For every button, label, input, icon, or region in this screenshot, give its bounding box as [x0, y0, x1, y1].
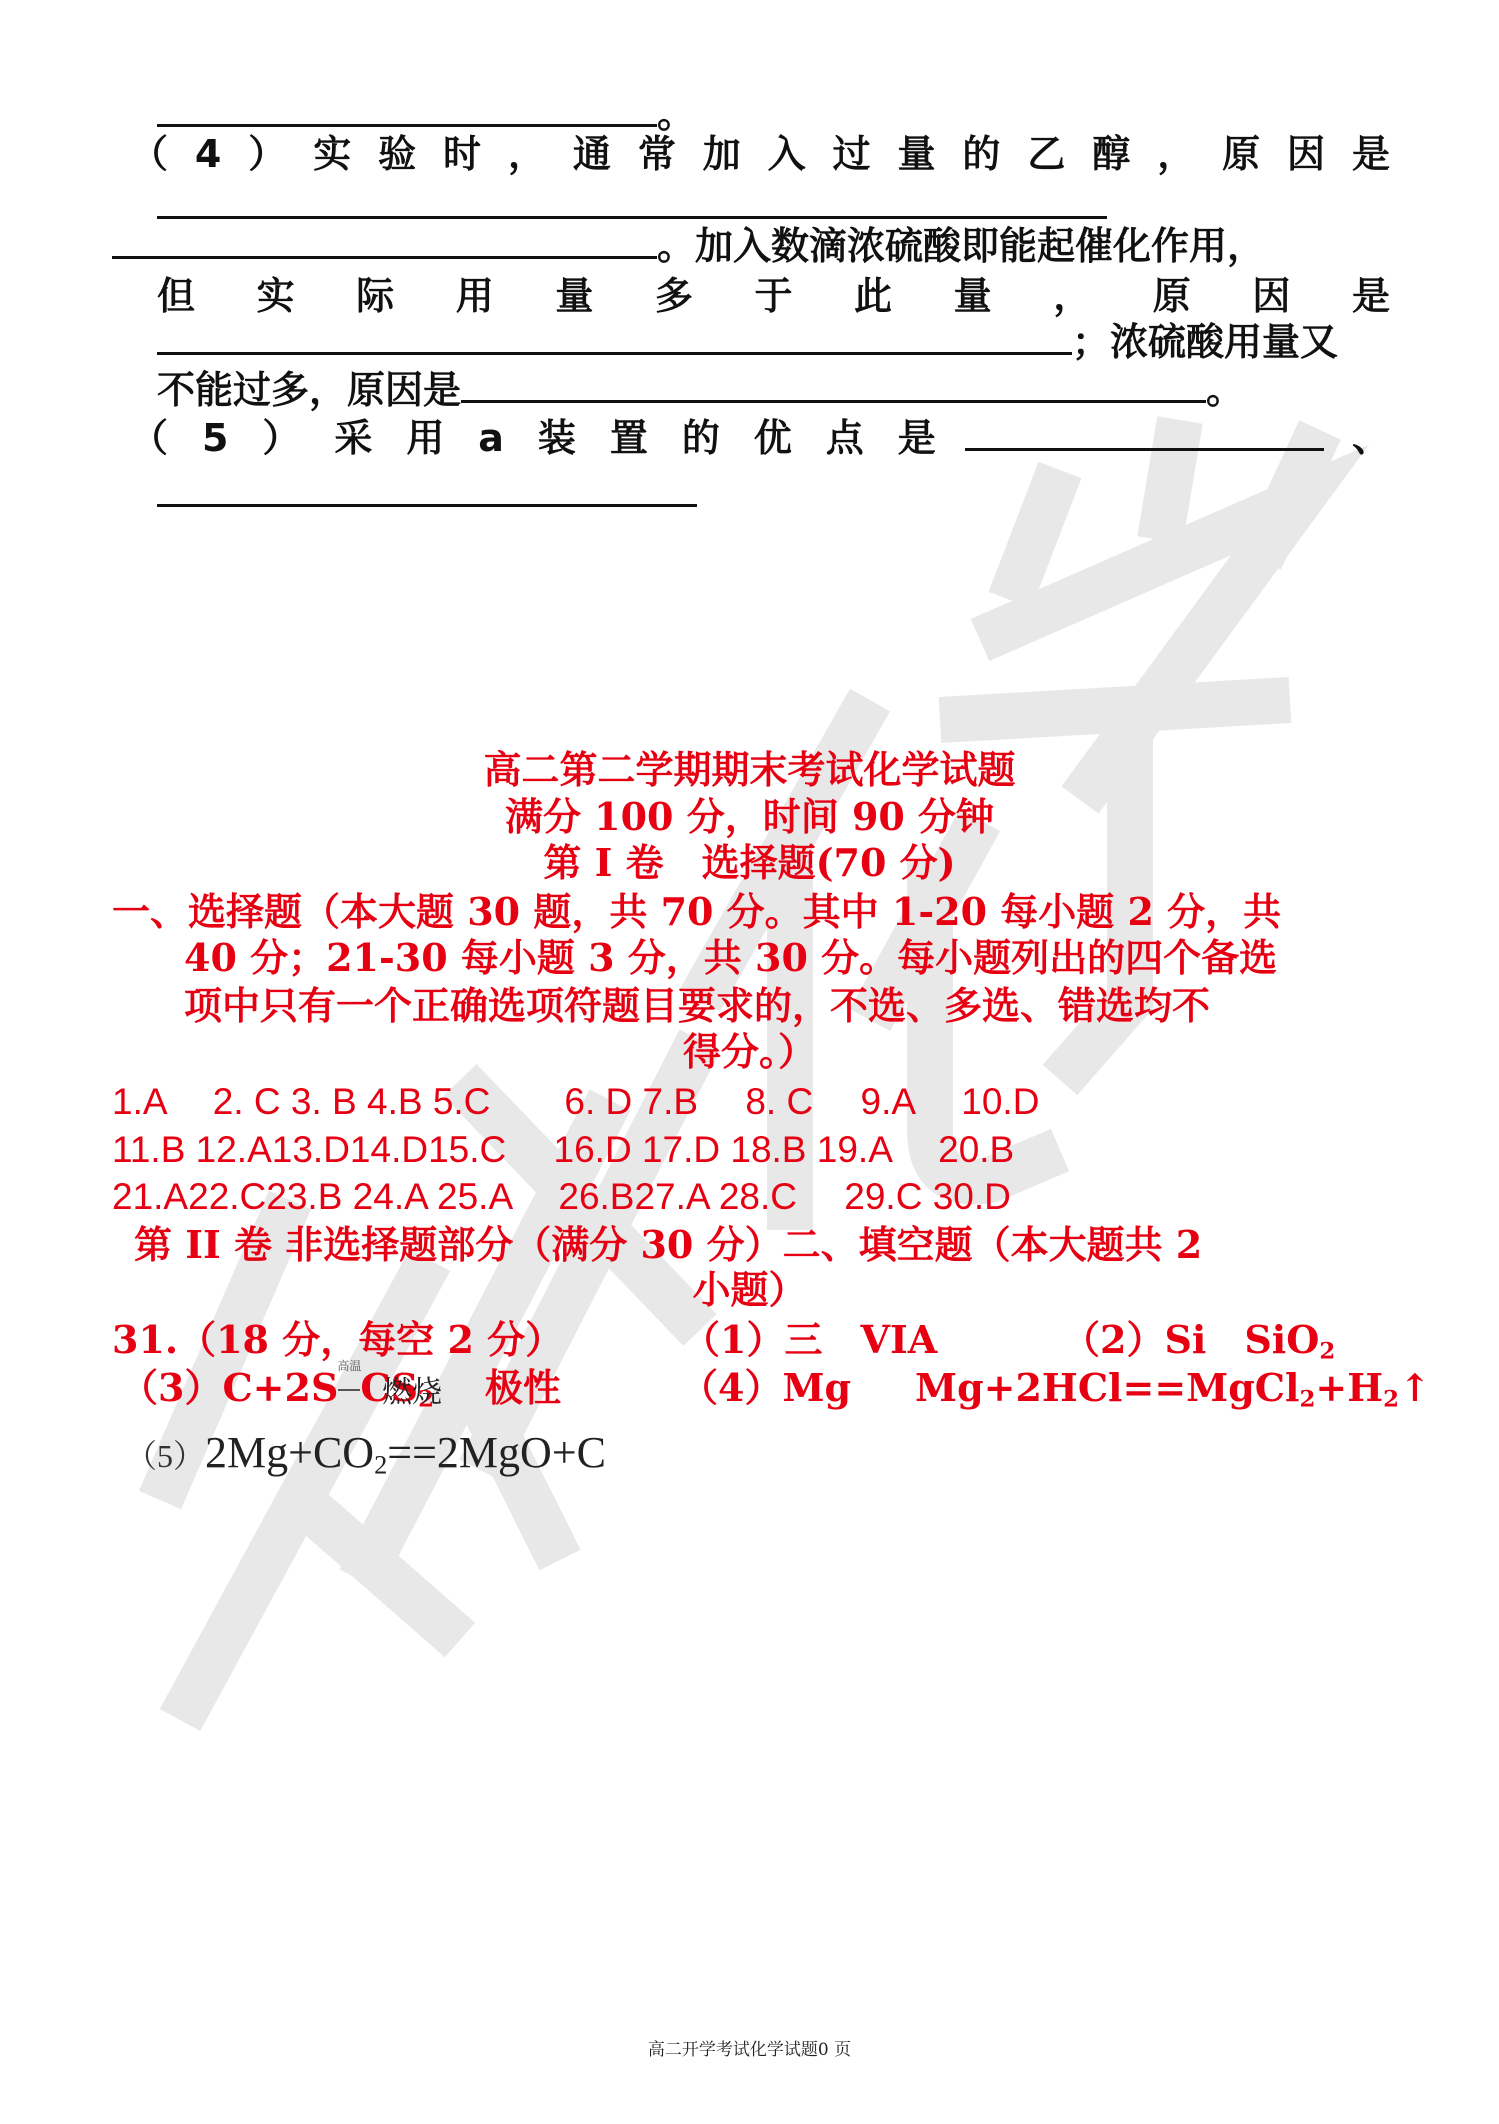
- q4-line3-char: 量: [555, 272, 593, 320]
- question-4-prompt: （ 4 ） 实 验 时 ， 通 常 加 入 过 量 的 乙 醇 ， 原 因 是: [130, 130, 1390, 178]
- fill-blank[interactable]: [157, 318, 1072, 355]
- q31-answer-5: （5）2Mg+CO2燃烧==2MgO+C: [125, 1425, 606, 1493]
- part2-heading-cont: 小题）: [0, 1266, 1499, 1314]
- q4-char: 时: [443, 130, 481, 178]
- page-footer: 高二开学考试化学试题0 页: [0, 2035, 1499, 2060]
- q4-char: 因: [1287, 130, 1325, 178]
- subscript: 2: [1319, 1339, 1335, 1365]
- gas-arrow-icon: ↑: [1399, 1365, 1431, 1410]
- mc-answers-row-2: 11.B 12.A13.D14.D15.C 16.D 17.D 18.B 19.…: [112, 1126, 1014, 1174]
- q4-line5-text: 不能过多，原因是: [157, 368, 461, 412]
- q5-char: 点: [826, 414, 864, 462]
- q5-char: 是: [898, 414, 936, 462]
- answer-key-title: 高二第二学期期末考试化学试题: [0, 746, 1499, 794]
- section1-instructions-line2: 40 分；21-30 每小题 3 分，共 30 分。每小题列出的四个备选: [184, 934, 1277, 982]
- q4-line3-char: 量: [954, 272, 992, 320]
- answer-blank-line: [157, 470, 697, 518]
- q4-line3-char: 是: [1352, 272, 1390, 320]
- q31-a3-reactants: （3）C+2S: [120, 1365, 338, 1410]
- q4-char: 4: [195, 130, 221, 178]
- q4-line4-text: ；浓硫酸用量又: [1072, 320, 1338, 364]
- q4-char: 加: [703, 130, 741, 178]
- q4-line2-text: 。加入数滴浓硫酸即能起催化作用，: [657, 224, 1265, 268]
- q4-line3-char: 用: [456, 272, 494, 320]
- q4-char: ，: [1157, 130, 1195, 178]
- separator-text: 、: [1352, 414, 1390, 462]
- mc-answers-row-3: 21.A22.C23.B 24.A 25.A 26.B27.A 28.C 29.…: [112, 1173, 1011, 1221]
- equals-sign: ==: [387, 1428, 437, 1477]
- subscript: 2: [1300, 1387, 1316, 1413]
- q4-line3-char: 际: [356, 272, 394, 320]
- q5-char: 采: [334, 414, 372, 462]
- q4-char: （: [130, 130, 168, 178]
- q4-char: 常: [638, 130, 676, 178]
- q4-char: 量: [898, 130, 936, 178]
- q5-char: 装: [538, 414, 576, 462]
- q31-answer-1: （1）三 VIA: [682, 1316, 937, 1364]
- fill-blank[interactable]: [157, 90, 657, 127]
- condition-text: 高温: [337, 1360, 361, 1372]
- fill-blank[interactable]: [965, 414, 1324, 451]
- q4-line3-char: 但: [157, 272, 195, 320]
- q31-a2-value: SiO: [1244, 1317, 1319, 1362]
- condition-text: 燃烧: [382, 1387, 442, 1399]
- q4-char: 入: [768, 130, 806, 178]
- q5-char: 置: [610, 414, 648, 462]
- question-4-line-5: 不能过多，原因是。: [157, 366, 1244, 414]
- reaction-condition: 燃烧==: [387, 1425, 437, 1481]
- q5-char: ）: [262, 414, 300, 462]
- q4-char: ，: [508, 130, 546, 178]
- q5-char: 用: [406, 414, 444, 462]
- question-4-line-2: 。加入数滴浓硫酸即能起催化作用，: [112, 222, 1265, 270]
- q4-char: 醇: [1092, 130, 1130, 178]
- section1-instructions-line3: 项中只有一个正确选项符题目要求的，不选、多选、错选均不: [184, 982, 1210, 1030]
- q4-line3-char: ，: [1053, 272, 1091, 320]
- equation-reactants: 2Mg+CO: [205, 1428, 374, 1477]
- equation-part: +H: [1315, 1365, 1383, 1410]
- q31-a5-label: （5）: [125, 1438, 205, 1474]
- fill-blank[interactable]: [112, 222, 657, 259]
- q4-line3-char: 因: [1252, 272, 1290, 320]
- q4-line3-char: 原: [1153, 272, 1191, 320]
- q4-line3-char: 实: [257, 272, 295, 320]
- document-page: 。 （ 4 ） 实 验 时 ， 通 常 加 入 过 量 的 乙 醇 ， 原 因 …: [0, 0, 1499, 2124]
- part1-heading: 第 I 卷 选择题(70 分): [0, 839, 1499, 887]
- q4-char: 乙: [1027, 130, 1065, 178]
- question-4-line-4: ；浓硫酸用量又: [157, 318, 1338, 366]
- q4-char: ）: [248, 130, 286, 178]
- equation-products: 2MgO+C: [437, 1428, 606, 1477]
- period-text: 。: [1206, 368, 1244, 412]
- mc-answers-row-1: 1.A 2. C 3. B 4.B 5.C 6. D 7.B 8. C 9.A …: [112, 1078, 1039, 1126]
- q4-char: 的: [962, 130, 1000, 178]
- q4-char: 过: [833, 130, 871, 178]
- q31-a3-polarity: 极性: [485, 1364, 561, 1412]
- fill-blank[interactable]: [461, 366, 1206, 403]
- q4-char: 通: [573, 130, 611, 178]
- section1-instructions-line1: 一、选择题（本大题 30 题，共 70 分。其中 1-20 每小题 2 分，共: [112, 888, 1281, 936]
- reaction-condition: 高温: [338, 1364, 360, 1412]
- q5-char: a: [478, 414, 504, 462]
- q31-a4-label: （4）Mg: [680, 1364, 851, 1412]
- q31-a4-equation: Mg+2HCl==MgCl2+H2↑: [915, 1364, 1431, 1424]
- fill-blank[interactable]: [157, 182, 1107, 219]
- question-5-prompt: （ 5 ） 采 用 a 装 置 的 优 点 是 、: [130, 414, 1390, 462]
- q5-char: （: [130, 414, 168, 462]
- q31-a1-value: VIA: [860, 1317, 937, 1362]
- section1-instructions-line4: 得分。）: [0, 1028, 1499, 1076]
- part2-heading: 第 II 卷 非选择题部分（满分 30 分）二、填空题（本大题共 2: [134, 1221, 1202, 1269]
- q31-header: 31.（18 分，每空 2 分）: [112, 1316, 563, 1364]
- q4-line3-char: 于: [754, 272, 792, 320]
- q4-char: 验: [378, 130, 416, 178]
- q4-char: 是: [1352, 130, 1390, 178]
- q5-char: 5: [202, 414, 228, 462]
- q31-a1-label: （1）三: [682, 1317, 822, 1362]
- equation-part: Mg+2HCl==MgCl: [915, 1365, 1300, 1410]
- q4-char: 实: [313, 130, 351, 178]
- q4-char: 原: [1222, 130, 1260, 178]
- q4-line3-char: 多: [655, 272, 693, 320]
- subscript: 2: [374, 1450, 387, 1480]
- q31-a2-label: （2）Si: [1062, 1317, 1206, 1362]
- fill-blank[interactable]: [157, 470, 697, 507]
- q5-label: （ 5 ） 采 用 a 装 置 的 优 点 是: [130, 414, 936, 462]
- q5-char: 优: [754, 414, 792, 462]
- answer-key-subtitle: 满分 100 分，时间 90 分钟: [0, 793, 1499, 841]
- subscript: 2: [1383, 1387, 1399, 1413]
- q5-char: 的: [682, 414, 720, 462]
- q4-line3-char: 此: [854, 272, 892, 320]
- question-4-line-3: 但 实 际 用 量 多 于 此 量 ， 原 因 是: [157, 272, 1390, 320]
